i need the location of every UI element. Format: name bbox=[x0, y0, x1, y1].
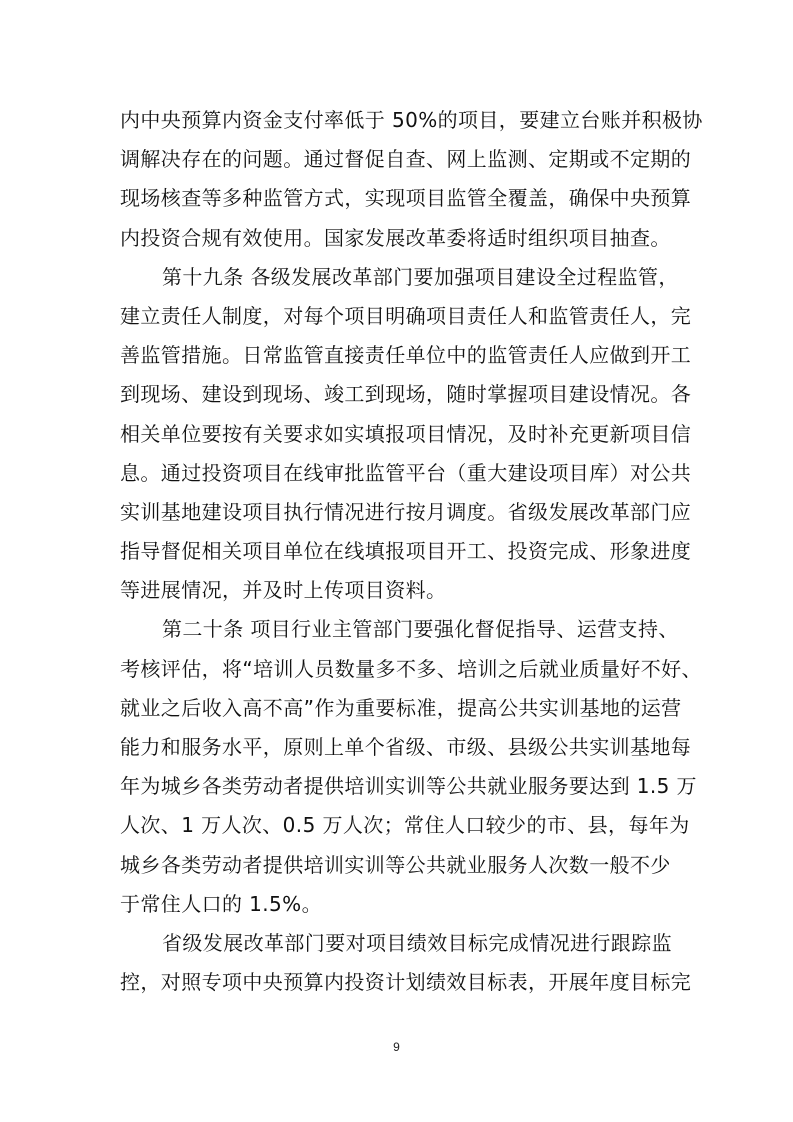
text-line: 城乡各类劳动者提供培训实训等公共就业服务人次数一般不少 bbox=[120, 849, 680, 888]
text-line: 到现场、建设到现场、竣工到现场，随时掌握项目建设情况。各 bbox=[120, 378, 680, 417]
text-line: 现场核查等多种监管方式，实现项目监管全覆盖，确保中央预算 bbox=[120, 182, 680, 221]
text-line: 人次、1 万人次、0.5 万人次；常住人口较少的市、县，每年为 bbox=[120, 809, 680, 848]
text-line: 就业之后收入高不高”作为重要标准，提高公共实训基地的运营 bbox=[120, 692, 680, 731]
text-line: 年为城乡各类劳动者提供培训实训等公共就业服务要达到 1.5 万 bbox=[120, 770, 680, 809]
text-line: 能力和服务水平，原则上单个省级、市级、县级公共实训基地每 bbox=[120, 731, 680, 770]
text-line: 建立责任人制度，对每个项目明确项目责任人和监管责任人，完 bbox=[120, 300, 680, 339]
text-line: 内投资合规有效使用。国家发展改革委将适时组织项目抽查。 bbox=[120, 222, 680, 261]
text-line: 考核评估，将“培训人员数量多不多、培训之后就业质量好不好、 bbox=[120, 653, 680, 692]
body-text: 内中央预算内资金支付率低于 50%的项目，要建立台账并积极协调解决存在的问题。通… bbox=[120, 104, 680, 1005]
text-line: 内中央预算内资金支付率低于 50%的项目，要建立台账并积极协 bbox=[120, 104, 680, 143]
text-line: 控，对照专项中央预算内投资计划绩效目标表，开展年度目标完 bbox=[120, 966, 680, 1005]
page-number: 9 bbox=[0, 1040, 793, 1054]
text-line: 相关单位要按有关要求如实填报项目情况，及时补充更新项目信 bbox=[120, 418, 680, 457]
text-line: 等进展情况，并及时上传项目资料。 bbox=[120, 574, 680, 613]
text-line: 指导督促相关项目单位在线填报项目开工、投资完成、形象进度 bbox=[120, 535, 680, 574]
paragraph-first-line: 省级发展改革部门要对项目绩效目标完成情况进行跟踪监 bbox=[120, 927, 680, 966]
paragraph-first-line: 第十九条 各级发展改革部门要加强项目建设全过程监管， bbox=[120, 261, 680, 300]
paragraph-first-line: 第二十条 项目行业主管部门要强化督促指导、运营支持、 bbox=[120, 613, 680, 652]
text-line: 实训基地建设项目执行情况进行按月调度。省级发展改革部门应 bbox=[120, 496, 680, 535]
text-line: 调解决存在的问题。通过督促自查、网上监测、定期或不定期的 bbox=[120, 143, 680, 182]
text-line: 息。通过投资项目在线审批监管平台（重大建设项目库）对公共 bbox=[120, 457, 680, 496]
text-line: 于常住人口的 1.5%。 bbox=[120, 888, 680, 927]
document-page: 内中央预算内资金支付率低于 50%的项目，要建立台账并积极协调解决存在的问题。通… bbox=[0, 0, 793, 1122]
text-line: 善监管措施。日常监管直接责任单位中的监管责任人应做到开工 bbox=[120, 339, 680, 378]
